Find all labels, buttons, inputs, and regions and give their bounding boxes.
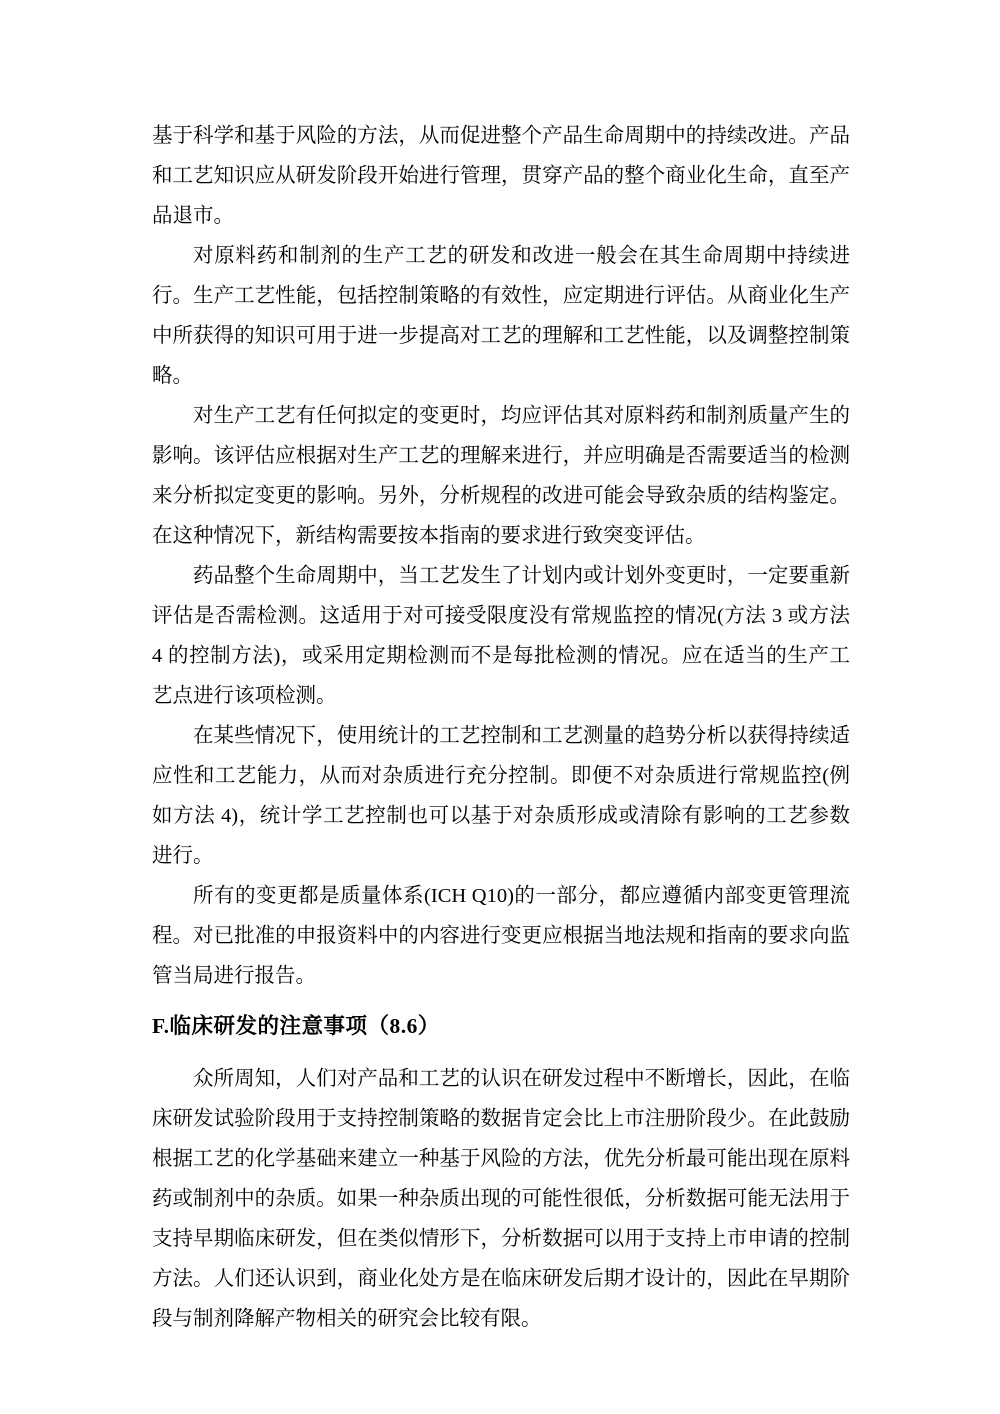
paragraph: 对原料药和制剂的生产工艺的研发和改进一般会在其生命周期中持续进行。生产工艺性能，… (152, 236, 850, 396)
paragraph: 在某些情况下，使用统计的工艺控制和工艺测量的趋势分析以获得持续适应性和工艺能力，… (152, 716, 850, 876)
paragraph: 对生产工艺有任何拟定的变更时，均应评估其对原料药和制剂质量产生的影响。该评估应根… (152, 396, 850, 556)
paragraph: 药品整个生命周期中，当工艺发生了计划内或计划外变更时，一定要重新评估是否需检测。… (152, 556, 850, 716)
paragraph-continued-from-previous-page: 基于科学和基于风险的方法，从而促进整个产品生命周期中的持续改进。产品和工艺知识应… (152, 116, 850, 236)
paragraph: 众所周知，人们对产品和工艺的认识在研发过程中不断增长，因此，在临床研发试验阶段用… (152, 1059, 850, 1339)
document-content: 基于科学和基于风险的方法，从而促进整个产品生命周期中的持续改进。产品和工艺知识应… (152, 116, 850, 1339)
paragraph: 所有的变更都是质量体系(ICH Q10)的一部分，都应遵循内部变更管理流程。对已… (152, 876, 850, 996)
section-heading-f-clinical-development: F.临床研发的注意事项（8.6） (152, 1006, 850, 1046)
document-page: 基于科学和基于风险的方法，从而促进整个产品生命周期中的持续改进。产品和工艺知识应… (0, 0, 1000, 1414)
